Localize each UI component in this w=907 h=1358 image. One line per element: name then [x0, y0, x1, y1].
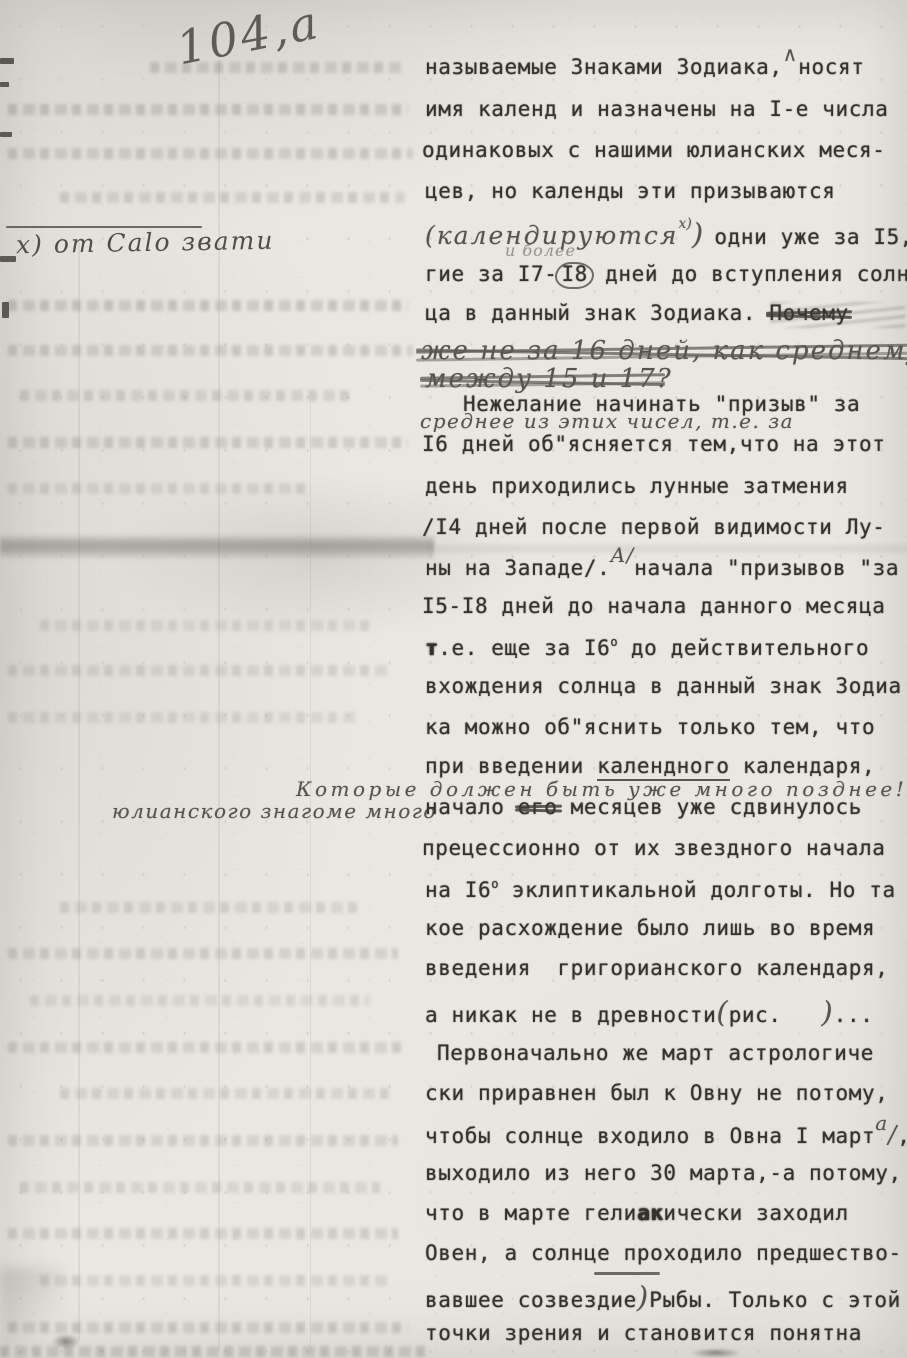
- typed-segment: его: [518, 795, 558, 819]
- edge-mark: [0, 132, 12, 137]
- handwritten-segment: ?: [657, 364, 673, 394]
- edge-mark: [0, 58, 14, 64]
- typed-segment: до действительного: [618, 636, 870, 660]
- typed-text-line: называемые Знаками Зодиака,∧носят: [425, 57, 864, 78]
- typed-segment: ,и: [897, 1124, 907, 1148]
- typed-segment: начала "призывов "за: [634, 556, 899, 580]
- handwritten-segment: ∧: [783, 42, 799, 66]
- typed-segment: цев, но календы эти призываются: [425, 179, 836, 203]
- typed-segment: чтобы солнце входило в Овна I март: [425, 1124, 875, 1148]
- typed-segment: /I4 дней после первой видимости Лу-: [422, 515, 886, 539]
- pen-stroke: [6, 226, 202, 228]
- bleedthrough-text-trace: [8, 665, 388, 676]
- typed-segment: вавшее созвездие: [425, 1288, 637, 1312]
- bleedthrough-text-trace: [40, 1275, 390, 1286]
- typed-segment: дней до вступления солн: [592, 262, 907, 286]
- typed-text-line: имя календ и назначены на I-е числа: [425, 99, 889, 120]
- bleedthrough-text-trace: [8, 712, 358, 723]
- fold-crease: [428, 543, 907, 555]
- bleedthrough-text-trace: [40, 620, 370, 631]
- handwritten-segment: среднее из этих чисел, т.е. за: [420, 409, 794, 433]
- typed-text-line: Первоначально же март астрологиче: [437, 1043, 874, 1064]
- typed-segment: ...: [834, 1003, 874, 1027]
- edge-mark: [0, 256, 16, 262]
- scanned-manuscript-page: 104,а х) от Calo звати называемые Знакам…: [0, 0, 907, 1358]
- typed-segment: выходило из него 30 марта,-а потому,: [425, 1161, 902, 1185]
- typed-text-line: ка можно об"яснить только тем, что: [425, 717, 875, 738]
- typed-segment: точки зрения и становится понятна: [425, 1321, 862, 1345]
- typed-text-line: одинаковых с нашими юлианских меся-: [422, 140, 886, 161]
- typed-text-line: (календируютсях)) одни уже за I5,дру-: [425, 220, 907, 249]
- handwritten-segment: между 15 и 17: [425, 364, 657, 394]
- typed-segment: т: [425, 636, 438, 660]
- typed-segment: ка можно об"яснить только тем, что: [425, 715, 875, 739]
- typed-text-line: прецессионно от их звездного начала: [422, 838, 886, 859]
- typed-segment: [782, 1003, 822, 1027]
- bleedthrough-text-trace: [8, 345, 413, 356]
- typed-segment: рис.: [729, 1003, 782, 1027]
- ink-blot: [690, 1348, 742, 1358]
- pencil-smudge: [770, 302, 905, 328]
- typed-segment: ак: [637, 1201, 664, 1225]
- handwritten-segment: юлианского знагоме много: [112, 799, 437, 823]
- fold-crease: [0, 534, 434, 560]
- bleedthrough-text-trace: [8, 437, 408, 448]
- handwritten-annotation-line: между 15 и 17?: [425, 366, 673, 392]
- typed-segment: день приходились лунные затмения: [425, 474, 849, 498]
- handwritten-segment: а: [875, 1111, 888, 1135]
- paper-streak: [78, 240, 80, 1340]
- handwritten-segment: ): [637, 1280, 649, 1314]
- typed-text-line: вавшее созвездие)Рыбы. Только с этой: [425, 1283, 901, 1312]
- bleedthrough-text-trace: [8, 1042, 403, 1053]
- typed-text-line: выходило из него 30 марта,-а потому,: [425, 1163, 902, 1184]
- pen-stroke: [594, 1272, 660, 1275]
- typed-segment: ски приравнен был к Овну не потому,: [425, 1081, 889, 1105]
- typed-text-line: т.е. еще за I6о до действительного: [425, 636, 869, 659]
- typed-text-line: кое расхождение было лишь во время: [425, 918, 875, 939]
- edge-mark: [2, 302, 9, 318]
- typed-segment: одинаковых с нашими юлианских меся-: [422, 138, 886, 162]
- bleedthrough-text-trace: [60, 902, 360, 913]
- bleedthrough-text-trace: [60, 1088, 390, 1099]
- bleedthrough-text-trace: [20, 390, 350, 401]
- handwritten-segment: и более: [505, 241, 576, 260]
- typed-segment: а никак не в древности: [425, 1003, 716, 1027]
- typed-segment: ически заходил: [663, 1201, 848, 1225]
- bleedthrough-text-trace: [60, 192, 405, 203]
- handwritten-segment: же не за 16 дней, как среднему: [421, 336, 907, 366]
- typed-text-line: а никак не в древности(рис. )...: [425, 998, 873, 1027]
- ink-blot: [52, 1334, 80, 1349]
- margin-footnote-handwritten: х) от Calo звати: [16, 226, 275, 260]
- handwritten-annotation-line: же не за 16 дней, как среднему: [421, 338, 907, 364]
- typed-segment: I6 дней об"ясняется тем,что на этот: [422, 432, 886, 456]
- typed-segment: носят: [798, 55, 864, 79]
- typed-text-line: точки зрения и становится понятна: [425, 1323, 862, 1344]
- typed-text-line: вхождения солнца в данный знак Зодиа: [425, 676, 902, 697]
- bleedthrough-text-trace: [8, 948, 398, 959]
- handwritten-segment: А/: [610, 543, 634, 567]
- handwritten-segment: х): [679, 216, 692, 232]
- bleedthrough-text-trace: [30, 995, 370, 1006]
- typed-segment: о: [610, 635, 617, 649]
- bleedthrough-text-trace: [8, 1322, 408, 1333]
- typed-segment: называемые Знаками Зодиака,: [425, 55, 783, 79]
- bleedthrough-text-trace: [8, 300, 408, 311]
- typed-segment: введения григорианского календаря,: [425, 956, 889, 980]
- handwritten-segment: ): [692, 217, 715, 251]
- typed-text-line: что в марте гелиакически заходил: [425, 1203, 849, 1224]
- typed-segment: на I6: [425, 878, 491, 902]
- typed-segment: Овен, а солнце проходило предшество-: [425, 1241, 902, 1265]
- typed-segment: при введении: [425, 754, 597, 778]
- typed-segment: что в марте гели: [425, 1201, 637, 1225]
- handwritten-segment: (: [716, 995, 728, 1029]
- typed-text-line: на I6о эклиптикальной долготы. Но та: [425, 878, 896, 901]
- typed-segment: вхождения солнца в данный знак Зодиа: [425, 674, 902, 698]
- typed-text-line: ны на Западе/.А/начала "призывов "за: [425, 558, 899, 579]
- typed-segment: .е. еще за I6: [438, 636, 610, 660]
- handwritten-annotation-line: юлианского знагоме много: [112, 801, 437, 821]
- typed-text-line: чтобы солнце входило в Овна I марта/,и: [425, 1123, 907, 1147]
- handwritten-annotation-line: и более: [505, 243, 576, 259]
- typed-text-line: I5-I8 дней до начала данного месяца: [422, 596, 886, 617]
- edge-mark: [0, 82, 9, 87]
- typed-segment: гие за I7-: [425, 262, 557, 286]
- bleedthrough-text-trace: [20, 1182, 380, 1193]
- typed-segment: эклиптикальной долготы. Но та: [498, 878, 895, 902]
- typed-text-line: ски приравнен был к Овну не потому,: [425, 1083, 889, 1104]
- typed-segment: I5-I8 дней до начала данного месяца: [422, 594, 886, 618]
- typed-text-line: Овен, а солнце проходило предшество-: [425, 1243, 902, 1264]
- typed-segment: ны на Западе/.: [425, 556, 610, 580]
- bleedthrough-text-trace: [8, 1135, 398, 1146]
- typed-text-line: гие за I7-I8 дней до вступления солн: [425, 262, 907, 289]
- bleedthrough-text-trace: [8, 483, 308, 494]
- handwritten-segment: ): [821, 995, 833, 1029]
- bleedthrough-text-trace: [8, 1228, 398, 1239]
- typed-segment: Рыбы. Только с этой: [649, 1288, 901, 1312]
- bleedthrough-text-trace: [8, 148, 413, 159]
- typed-text-line: I6 дней об"ясняется тем,что на этот: [422, 434, 886, 455]
- typed-segment: ца в данный знак Зодиака.: [425, 301, 769, 325]
- handwritten-segment: /: [888, 1121, 897, 1149]
- typed-segment: имя календ и назначены на I-е числа: [425, 97, 889, 121]
- handwritten-annotation-line: среднее из этих чисел, т.е. за: [420, 411, 794, 431]
- typed-segment: одни уже за I5,дру-: [714, 225, 907, 249]
- bleedthrough-text-trace: [8, 104, 408, 115]
- typed-segment: начало: [425, 795, 518, 819]
- typed-text-line: цев, но календы эти призываются: [425, 181, 836, 202]
- typed-segment: Первоначально же март астрологиче: [437, 1041, 874, 1065]
- typed-segment: кое расхождение было лишь во время: [425, 916, 875, 940]
- typed-segment: прецессионно от их звездного начала: [422, 836, 886, 860]
- typed-text-line: начало его месяцев уже сдвинулось: [425, 797, 862, 818]
- typed-segment: месяцев уже сдвинулось: [557, 795, 862, 819]
- typed-text-line: при введении календного календаря,: [425, 756, 875, 777]
- typed-segment: календаря,: [730, 754, 876, 778]
- typed-text-line: введения григорианского календаря,: [425, 958, 889, 979]
- typed-text-line: /I4 дней после первой видимости Лу-: [422, 517, 886, 538]
- typed-segment: I8: [555, 262, 594, 289]
- typed-text-line: день приходились лунные затмения: [425, 476, 849, 497]
